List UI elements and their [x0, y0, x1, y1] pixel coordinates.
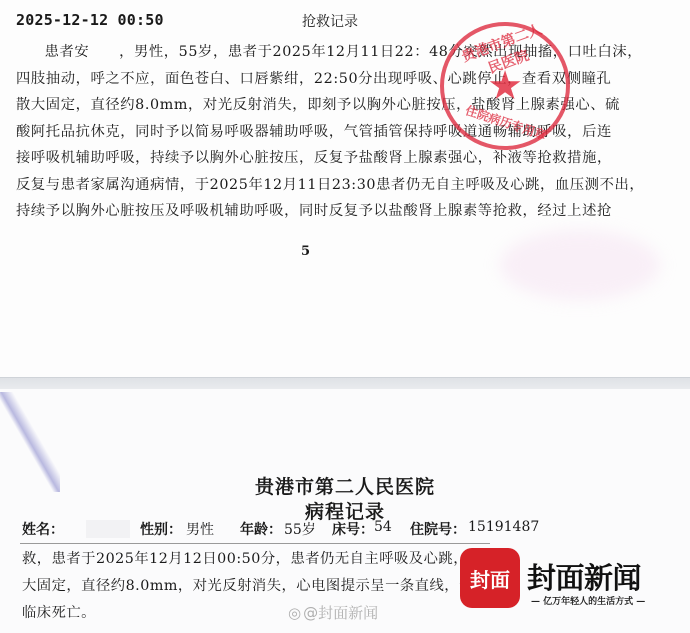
name-label: 姓名： [22, 519, 64, 539]
timestamp: 2025-12-12 00:50 [16, 11, 164, 29]
rescue-record-body: 患者安 ，男性，55岁，患者于2025年12月11日22：48分突然出现抽搐，口… [16, 39, 636, 225]
hospital-name: 贵港市第二人民医院 [0, 472, 690, 499]
gender-value: 男性 [186, 519, 214, 539]
body-line: 酸阿托品抗休克，同时予以简易呼吸器辅助呼吸，气管插管保持呼吸道通畅辅助呼吸，后连 [16, 119, 636, 146]
rescue-record-page: 2025-12-12 00:50 抢救记录 患者安 ，男性，55岁，患者于202… [0, 0, 690, 377]
bed-value: 54 [374, 519, 392, 535]
page-title: 抢救记录 [302, 11, 358, 31]
weibo-watermark: ◎@封面新闻 [288, 602, 378, 623]
stamp-smudge [500, 230, 660, 300]
admission-value: 15191487 [468, 519, 539, 535]
cover-news-wordmark: 封面新闻 [527, 556, 641, 597]
page-header: 2025-12-12 00:50 抢救记录 [16, 9, 676, 33]
body-line: 持续予以胸外心脏按压及呼吸机辅助呼吸，同时反复予以盐酸肾上腺素等抢救，经过上述抢 [16, 198, 636, 225]
page-number: 5 [301, 244, 310, 259]
bed-label: 床号： [332, 519, 374, 539]
patient-info-row: 姓名： 性别： 男性 年龄： 55岁 床号： 54 住院号： 15191487 [22, 519, 502, 541]
age-value: 55岁 [284, 519, 316, 539]
body-line: 反复与患者家属沟通病情，于2025年12月11日23:30患者仍无自主呼吸及心跳… [16, 172, 636, 199]
name-redaction [86, 520, 130, 538]
cover-news-logo-icon: 封面 [460, 548, 520, 608]
body-line: 四肢抽动，呼之不应，面色苍白、口唇紫绀，22:50分出现呼吸、心跳停止，查看双侧… [16, 66, 636, 93]
body-line: 散大固定，直径约8.0mm，对光反射消失，即刻予以胸外心脏按压，盐酸肾上腺素强心… [16, 92, 636, 119]
weibo-handle: @封面新闻 [303, 604, 378, 622]
age-label: 年龄： [240, 519, 282, 539]
body-line: 患者安 ，男性，55岁，患者于2025年12月11日22：48分突然出现抽搐，口… [16, 39, 636, 66]
cover-news-slogan: — 亿万年轻人的生活方式 — [531, 594, 645, 607]
admission-label: 住院号： [410, 519, 466, 539]
weibo-icon: ◎ [288, 604, 301, 622]
info-divider [20, 543, 490, 544]
gender-label: 性别： [140, 519, 182, 539]
body-line: 接呼吸机辅助呼吸，持续予以胸外心脏按压，反复予盐酸肾上腺素强心，补液等抢救措施， [16, 145, 636, 172]
